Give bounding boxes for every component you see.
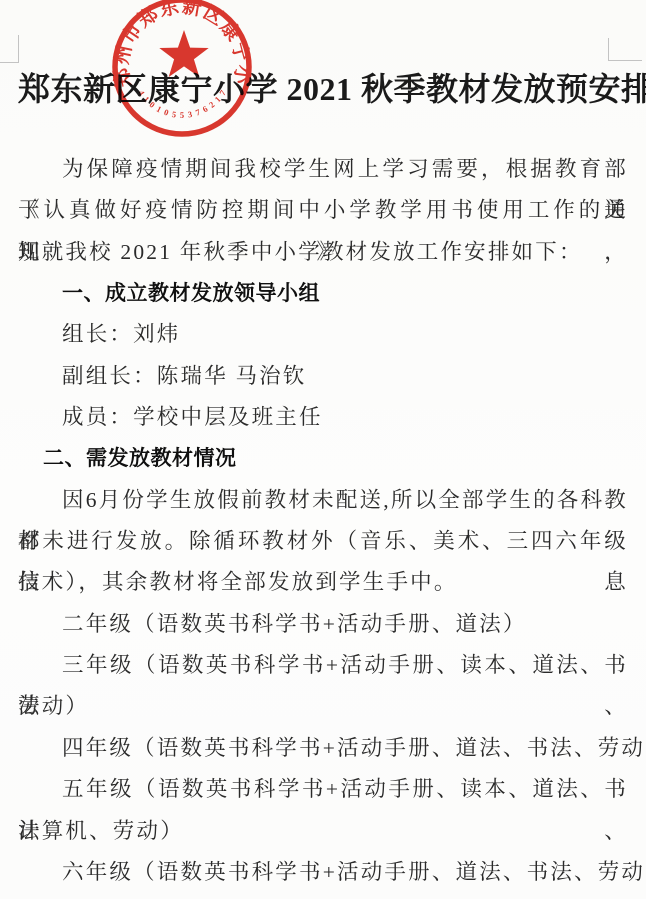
leader-line: 组长：刘炜 <box>18 314 628 355</box>
text-boundary-mark-left <box>0 35 19 63</box>
text-boundary-mark-right <box>608 38 642 61</box>
paragraph-line: 为保障疫情期间我校学生网上学习需要，根据教育部《关 <box>18 149 628 190</box>
deputy-leader-line: 副组长：陈瑞华 马治钦 <box>18 356 628 397</box>
grade-5-line: 五年级（语数英书科学书+活动手册、读本、道法、书法、 <box>18 769 628 810</box>
paragraph-line: 都未进行发放。除循环教材外（音乐、美术、三四六年级信息 <box>18 521 628 562</box>
paragraph-line: 于认真做好疫情防控期间中小学教学用书使用工作的通知》， <box>18 190 628 231</box>
section-heading-1: 一、成立教材发放领导小组 <box>18 273 628 314</box>
star-icon <box>159 30 208 77</box>
document-body: 为保障疫情期间我校学生网上学习需要，根据教育部《关 于认真做好疫情防控期间中小学… <box>18 149 628 893</box>
seal-serial-number: 4101055376217 <box>136 88 228 120</box>
grade-6-line: 六年级（语数英书科学书+活动手册、道法、书法、劳动） <box>18 852 628 893</box>
members-line: 成员：学校中层及班主任 <box>18 397 628 438</box>
paragraph-line: 因6月份学生放假前教材未配送,所以全部学生的各科教材 <box>18 480 628 521</box>
grade-2-line: 二年级（语数英书科学书+活动手册、道法） <box>18 604 628 645</box>
document-page: 郑东新区康宁小学 2021 秋季教材发放预安排 为保障疫情期间我校学生网上学习需… <box>0 0 646 899</box>
school-seal-stamp: 郑州市郑东新区康宁小学 4101055376217 <box>109 0 255 140</box>
grade-4-line: 四年级（语数英书科学书+活动手册、道法、书法、劳动） <box>18 728 628 769</box>
grade-3-line: 三年级（语数英书科学书+活动手册、读本、道法、书法、 <box>18 645 628 686</box>
section-heading-2: 二、需发放教材情况 <box>18 438 628 479</box>
paragraph-line: 现就我校 2021 年秋季中小学教材发放工作安排如下： <box>18 232 628 273</box>
